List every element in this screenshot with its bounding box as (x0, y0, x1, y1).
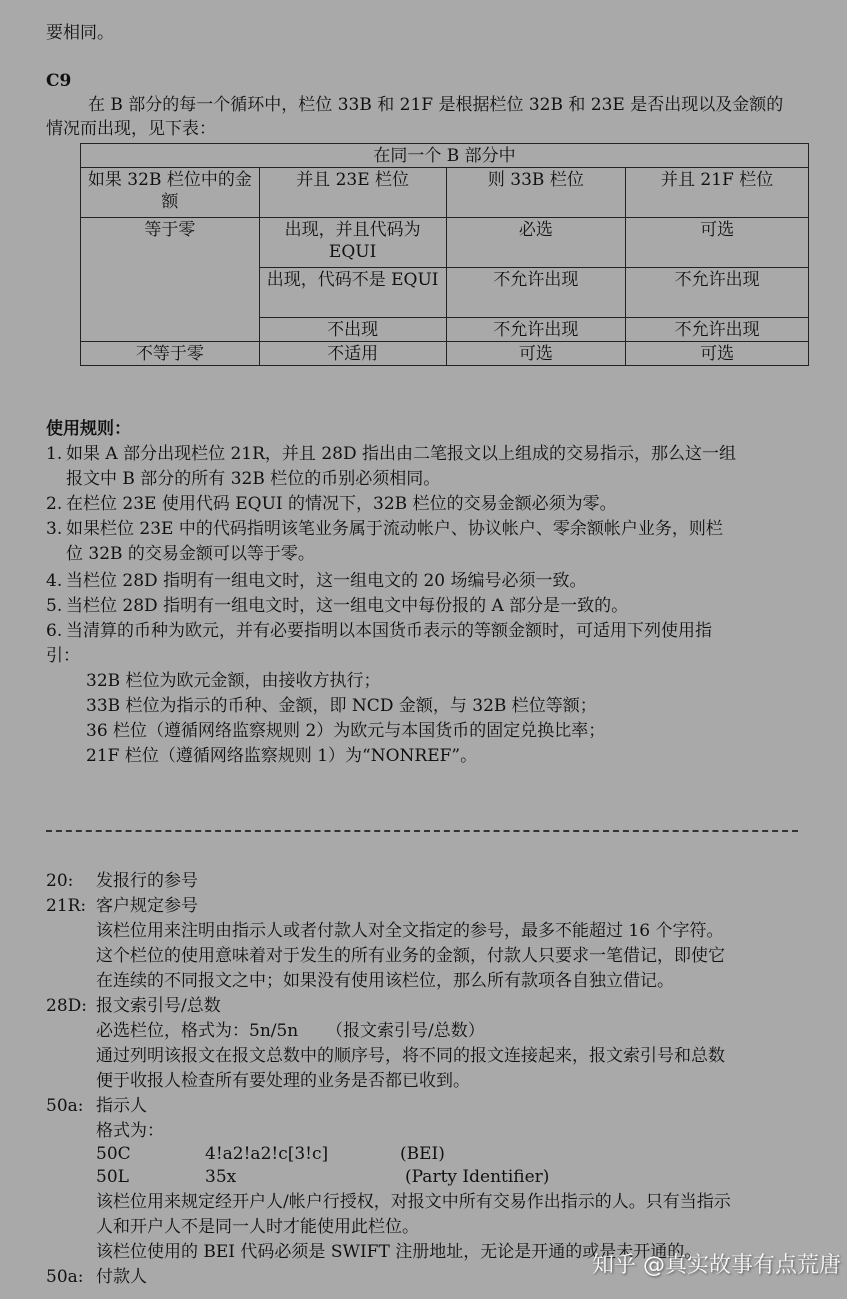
field-tag: 28D: (46, 995, 87, 1017)
field-title: 付款人 (96, 1266, 147, 1288)
field-23e-cell: 不出现 (259, 318, 446, 342)
table-header-cell: 则 33B 栏位 (446, 168, 626, 218)
rule-text: 在栏位 23E 使用代码 EQUI 的情况下，32B 栏位的交易金额必须为零。 (66, 493, 617, 515)
option-format: 35x (205, 1166, 236, 1188)
field-33b-cell: 必选 (446, 218, 626, 268)
watermark-text: 知乎 @真实故事有点荒唐 (592, 1248, 841, 1279)
field-tag: 50a: (46, 1266, 84, 1288)
field-23e-cell: 出现，并且代码为 EQUI (259, 218, 446, 268)
continuation-text: 要相同。 (46, 22, 114, 44)
option-code: 50L (96, 1166, 129, 1188)
table-caption-row: 在同一个 B 部分中 (81, 144, 809, 168)
rule-text: 当清算的币种为欧元，并有必要指明以本国货币表示的等额金额时，可适用下列使用指 (66, 620, 712, 642)
rule-text: 报文中 B 部分的所有 32B 栏位的币别必须相同。 (66, 468, 440, 490)
rule-number: 1. (46, 443, 62, 465)
c9-intro-line-2: 情况而出现，见下表： (46, 118, 216, 140)
table-header-cell: 如果 32B 栏位中的金额 (81, 168, 260, 218)
option-format: 4!a2!a2!c[3!c] (205, 1143, 328, 1165)
rule-text: 当栏位 28D 指明有一组电文时，这一组电文中每份报的 A 部分是一致的。 (66, 595, 628, 617)
field-33b-cell: 不允许出现 (446, 318, 626, 342)
guideline-line: 21F 栏位（遵循网络监察规则 1）为“NONREF”。 (86, 745, 477, 767)
table-header-row: 如果 32B 栏位中的金额 并且 23E 栏位 则 33B 栏位 并且 21F … (81, 168, 809, 218)
field-21f-cell: 不允许出现 (626, 318, 809, 342)
section-heading-c9: C9 (46, 70, 71, 92)
rule-text: 如果 A 部分出现栏位 21R，并且 28D 指出由二笔报文以上组成的交易指示，… (66, 443, 736, 465)
field-desc: 该栏位用来注明由指示人或者付款人对全文指定的参号，最多不能超过 16 个字符。 (96, 920, 723, 942)
rule-number: 6. (46, 620, 62, 642)
field-tag: 20: (46, 870, 73, 892)
field-21f-cell: 不允许出现 (626, 268, 809, 318)
field-title: 指示人 (96, 1095, 147, 1117)
field-desc: 在连续的不同报文之中；如果没有使用该栏位，那么所有款项各自独立借记。 (96, 970, 674, 992)
field-title: 报文索引号/总数 (96, 995, 221, 1017)
field-desc: 通过列明该报文在报文总数中的顺序号，将不同的报文连接起来，报文索引号和总数 (96, 1045, 725, 1067)
table-row: 等于零 出现，并且代码为 EQUI 必选 可选 (81, 218, 809, 268)
guideline-line: 33B 栏位为指示的币种、金额，即 NCD 金额，与 32B 栏位等额； (86, 695, 597, 717)
rule-text: 当栏位 28D 指明有一组电文时，这一组电文的 20 场编号必须一致。 (66, 570, 587, 592)
table-header-cell: 并且 21F 栏位 (626, 168, 809, 218)
guideline-line: 32B 栏位为欧元金额，由接收方执行； (86, 670, 381, 692)
rule-number: 4. (46, 570, 62, 592)
amount-cell: 不等于零 (81, 342, 260, 366)
field-tag: 50a: (46, 1095, 84, 1117)
section-divider (46, 830, 798, 832)
rule-number: 2. (46, 493, 62, 515)
field-33b-cell: 可选 (446, 342, 626, 366)
field-23e-cell: 不适用 (259, 342, 446, 366)
option-code: 50C (96, 1143, 131, 1165)
field-23e-cell: 出现，代码不是 EQUI (259, 268, 446, 318)
rule-text: 引： (46, 645, 80, 667)
field-desc: 该栏位用来规定经开户人/帐户行授权，对报文中所有交易作出指示的人。只有当指示 (96, 1191, 731, 1213)
amount-cell: 等于零 (81, 218, 260, 342)
rule-text: 如果栏位 23E 中的代码指明该笔业务属于流动帐户、协议帐户、零余额帐户业务，则… (66, 518, 723, 540)
table-header-cell: 并且 23E 栏位 (259, 168, 446, 218)
option-desc: (BEI) (400, 1143, 445, 1165)
field-21f-cell: 可选 (626, 342, 809, 366)
field-desc: 这个栏位的使用意味着对于发生的所有业务的金额，付款人只要求一笔借记，即使它 (96, 945, 725, 967)
field-format-label: 格式为： (96, 1120, 164, 1142)
field-title: 发报行的参号 (96, 870, 198, 892)
field-33b-cell: 不允许出现 (446, 268, 626, 318)
rule-number: 3. (46, 518, 62, 540)
option-desc: (Party Identifier) (405, 1166, 549, 1188)
guideline-line: 36 栏位（遵循网络监察规则 2）为欧元与本国货币的固定兑换比率； (86, 720, 605, 742)
c9-rules-table: 在同一个 B 部分中 如果 32B 栏位中的金额 并且 23E 栏位 则 33B… (80, 143, 809, 366)
field-title: 客户规定参号 (96, 895, 198, 917)
field-21f-cell: 可选 (626, 218, 809, 268)
c9-intro-line-1: 在 B 部分的每一个循环中，栏位 33B 和 21F 是根据栏位 32B 和 2… (88, 94, 783, 116)
table-caption: 在同一个 B 部分中 (81, 144, 809, 168)
field-tag: 21R: (46, 895, 86, 917)
field-format: 必选栏位，格式为：5n/5n (96, 1020, 298, 1042)
usage-rules-heading: 使用规则： (46, 418, 131, 440)
field-desc: 便于收报人检查所有要处理的业务是否都已收到。 (96, 1070, 470, 1092)
rule-text: 位 32B 的交易金额可以等于零。 (66, 543, 315, 565)
rule-number: 5. (46, 595, 62, 617)
field-format-note: （报文索引号/总数） (326, 1020, 485, 1042)
table-row: 不等于零 不适用 可选 可选 (81, 342, 809, 366)
field-desc: 人和开户人不是同一人时才能使用此栏位。 (96, 1216, 419, 1238)
